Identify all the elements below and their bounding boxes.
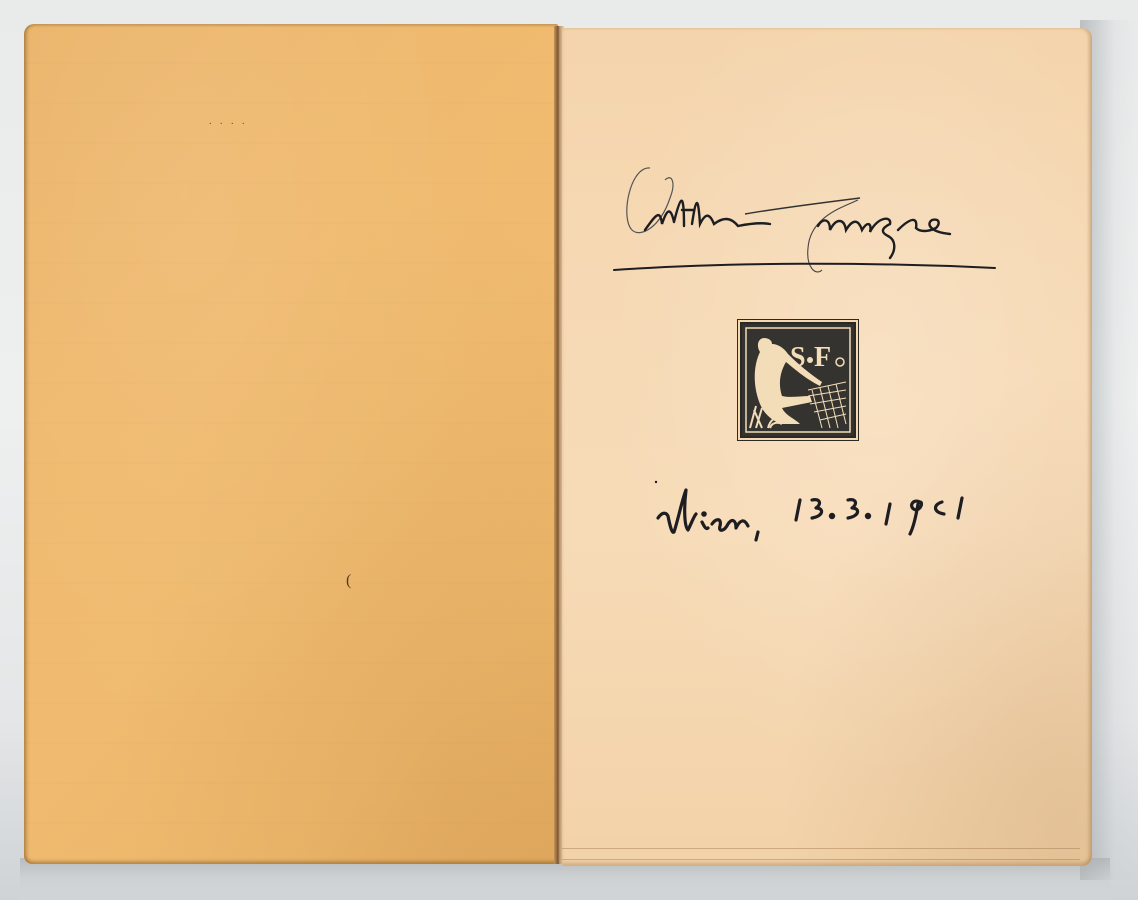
left-page: . . . . ( [24,24,558,864]
paper-specks: . . . . [209,116,248,127]
publisher-emblem: S.F. S [740,322,856,438]
place-date-inscription: Wien, 13.3.1921 [652,476,1012,556]
svg-text:F: F [814,342,831,373]
book-photo: . . . . ( Arthur Schnitzler S [0,0,1138,900]
signature: Arthur Schnitzler [610,158,1000,278]
right-page: Arthur Schnitzler S.F. [562,28,1092,866]
handwriting-icon [652,476,1012,556]
page-edges [562,848,1080,860]
fisherman-woodcut-icon: S F [742,324,854,436]
signature-icon [610,158,1000,278]
left-page-mark: ( [346,572,351,590]
svg-text:S: S [790,342,806,373]
